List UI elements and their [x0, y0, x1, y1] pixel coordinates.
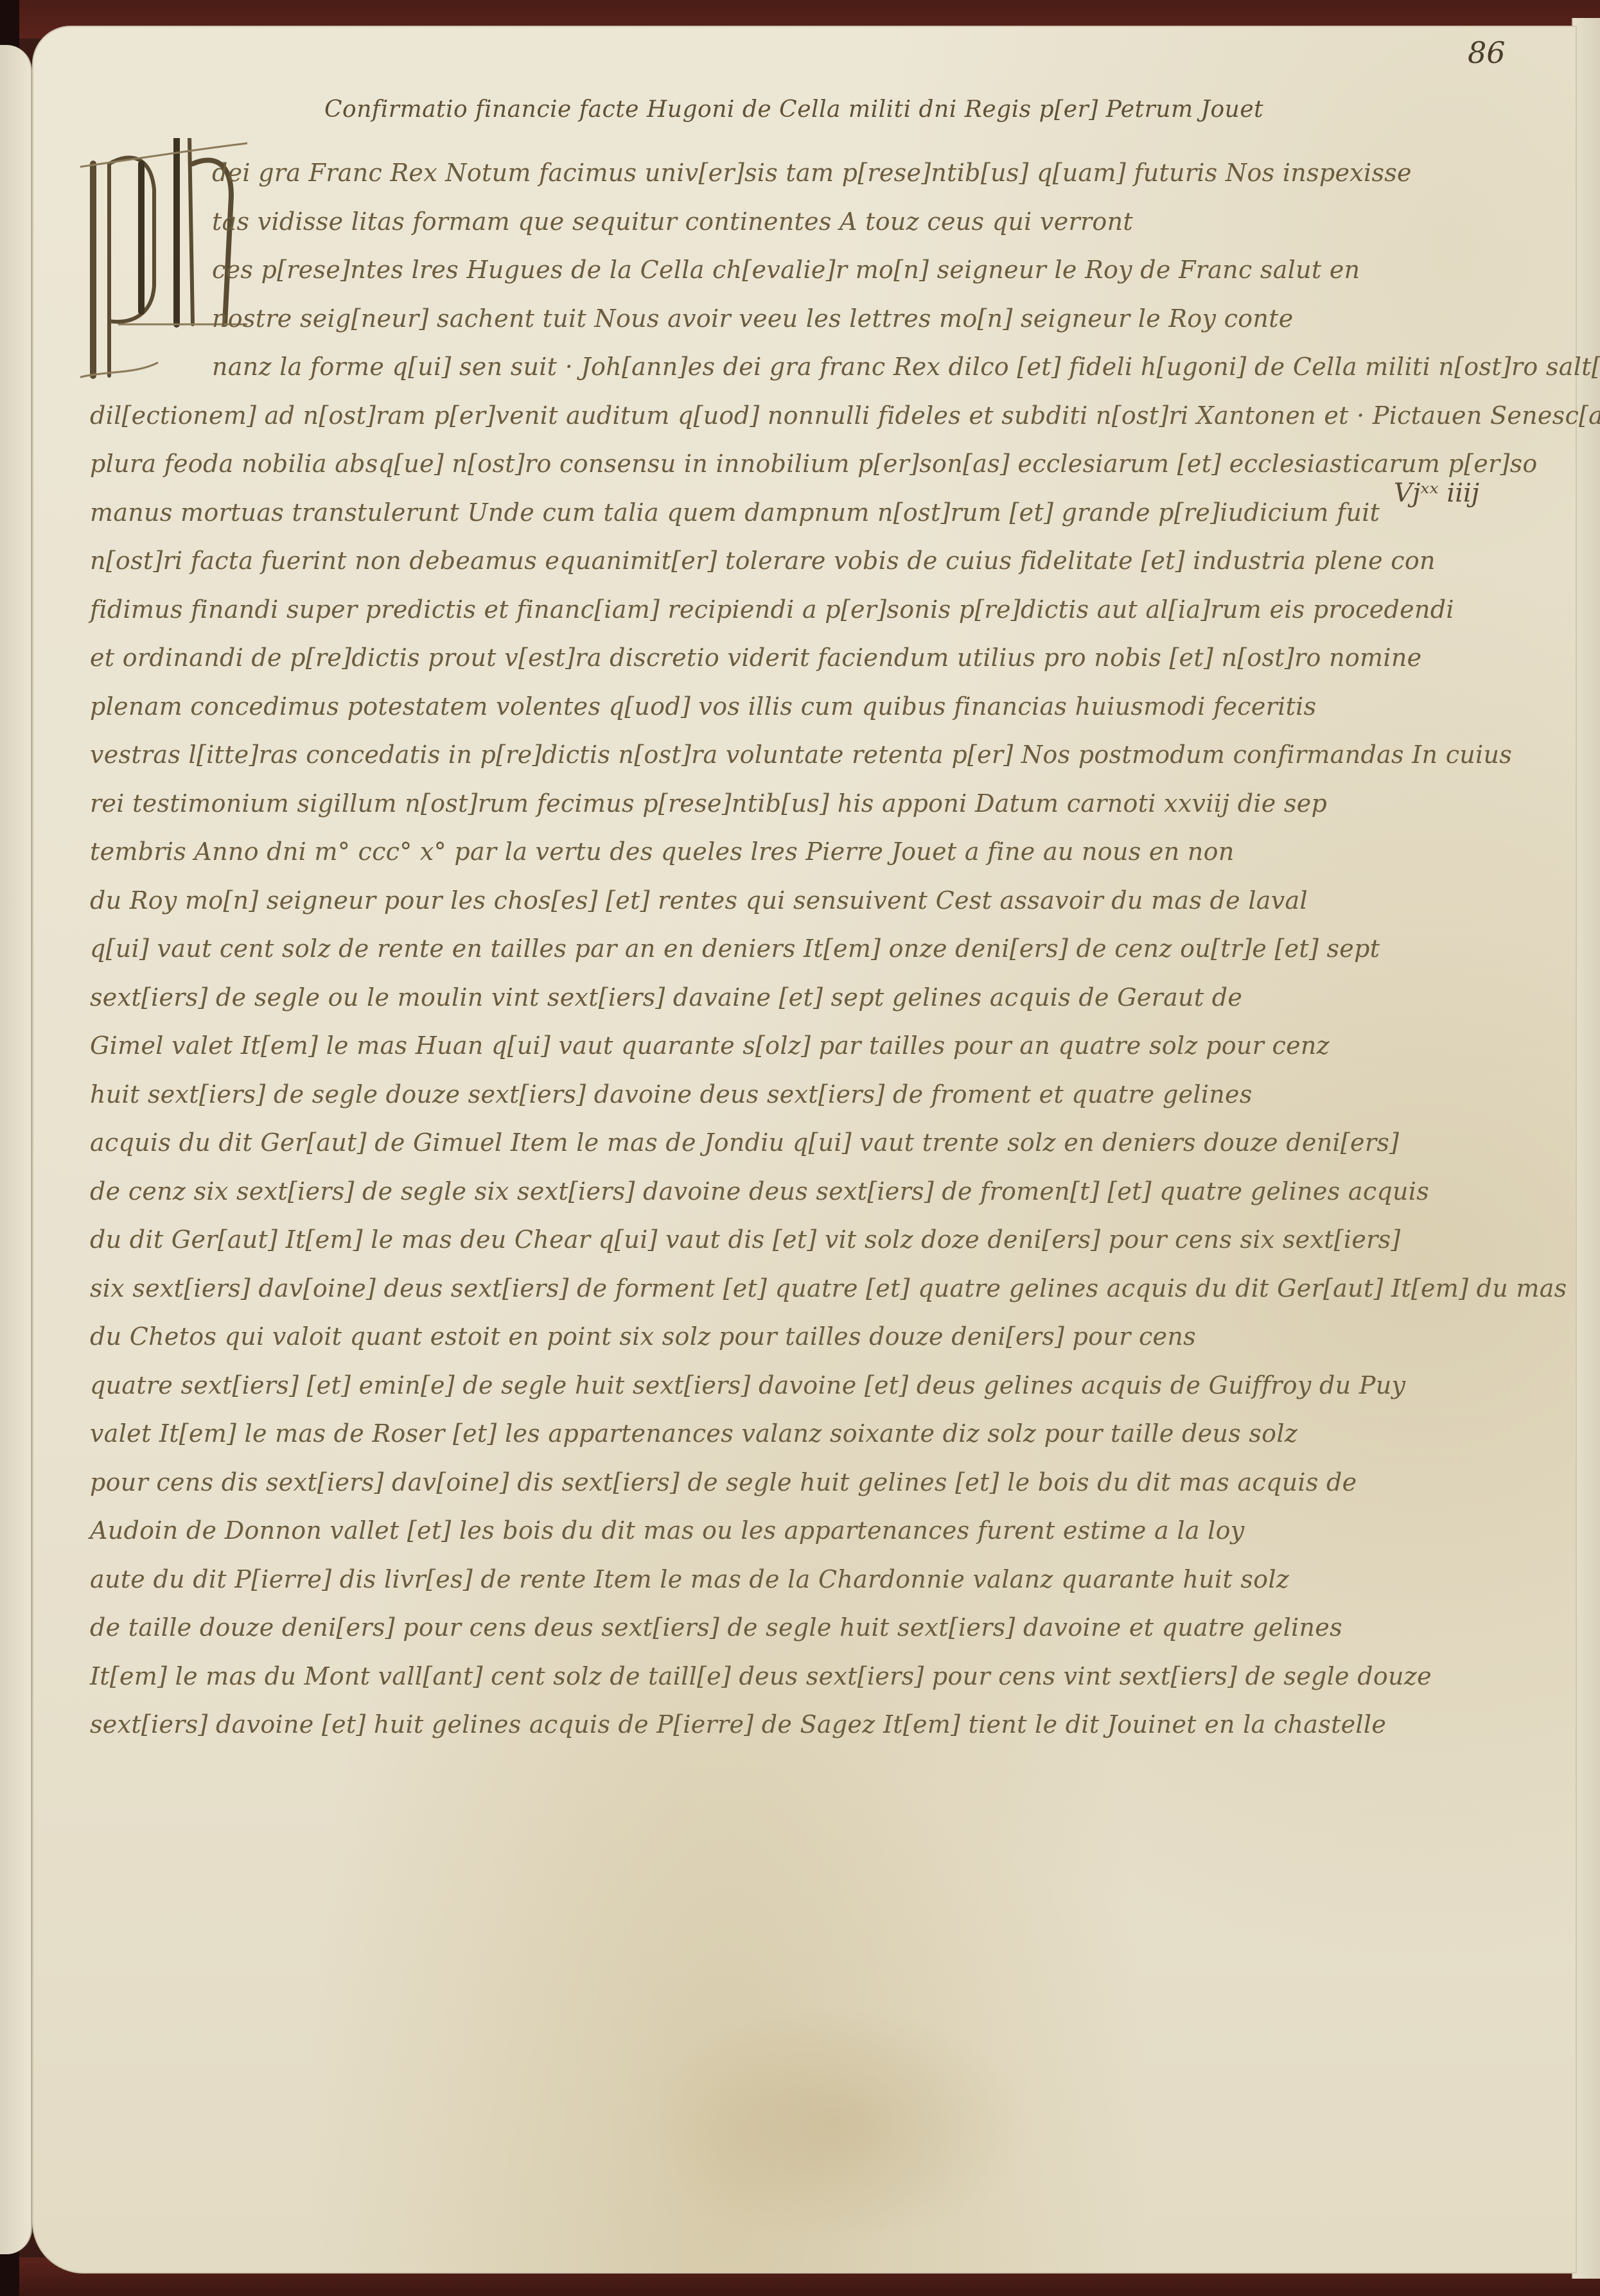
text-line: manus mortuas transtulerunt Unde cum tal…	[90, 489, 1439, 538]
text-line: huit sext[iers] de segle douze sext[iers…	[90, 1071, 1439, 1119]
text-line: du dit Ger[aut] It[em] le mas deu Chear …	[90, 1216, 1439, 1265]
text-line: ces p[rese]ntes lres Hugues de la Cella …	[90, 246, 1439, 295]
folio-number: 86	[1468, 35, 1506, 70]
text-line: sext[iers] davoine [et] huit gelines acq…	[90, 1701, 1439, 1749]
text-line: n[ost]ri facta fuerint non debeamus equa…	[90, 537, 1439, 586]
parchment-stain	[642, 2004, 1028, 2248]
text-line: plenam concedimus potestatem volentes q[…	[90, 683, 1439, 732]
text-line: It[em] le mas du Mont vall[ant] cent sol…	[90, 1652, 1439, 1701]
text-line: acquis du dit Ger[aut] de Gimuel Item le…	[90, 1119, 1439, 1168]
text-line: pour cens dis sext[iers] dav[oine] dis s…	[90, 1459, 1439, 1507]
text-line: plura feoda nobilia absq[ue] n[ost]ro co…	[90, 440, 1439, 489]
text-line: du Roy mo[n] seigneur pour les chos[es] …	[90, 877, 1439, 925]
text-line: sext[iers] de segle ou le moulin vint se…	[90, 974, 1439, 1022]
text-line: dil[ectionem] ad n[ost]ram p[er]venit au…	[90, 392, 1439, 441]
text-line: nostre seig[neur] sachent tuit Nous avoi…	[90, 295, 1439, 344]
text-line: vestras l[itte]ras concedatis in p[re]di…	[90, 731, 1439, 780]
text-line: rei testimonium sigillum n[ost]rum fecim…	[90, 780, 1439, 828]
text-line: nanz la forme q[ui] sen suit · Joh[ann]e…	[90, 343, 1439, 392]
text-line: dei gra Franc Rex Notum facimus univ[er]…	[90, 149, 1439, 198]
text-line: du Chetos qui valoit quant estoit en poi…	[90, 1313, 1439, 1362]
text-line: Audoin de Donnon vallet [et] les bois du…	[90, 1507, 1439, 1555]
text-line: q[ui] vaut cent solz de rente en tailles…	[90, 925, 1439, 974]
text-line: Gimel valet It[em] le mas Huan q[ui] vau…	[90, 1022, 1439, 1071]
previous-leaf-edge	[0, 45, 32, 2254]
text-line: valet It[em] le mas de Roser [et] les ap…	[90, 1410, 1439, 1459]
text-line: quatre sext[iers] [et] emin[e] de segle …	[90, 1362, 1439, 1410]
text-line: tas vidisse litas formam que sequitur co…	[90, 198, 1439, 247]
text-line: fidimus finandi super predictis et finan…	[90, 586, 1439, 635]
manuscript-text-block: dei gra Franc Rex Notum facimus univ[er]…	[90, 149, 1439, 1749]
text-line: tembris Anno dni m° ccc° x° par la vertu…	[90, 828, 1439, 877]
text-line: de taille douze deni[ers] pour cens deus…	[90, 1604, 1439, 1652]
text-line: de cenz six sext[iers] de segle six sext…	[90, 1168, 1439, 1216]
text-line: aute du dit P[ierre] dis livr[es] de ren…	[90, 1555, 1439, 1604]
text-line: six sext[iers] dav[oine] deus sext[iers]…	[90, 1265, 1439, 1313]
rubric-heading: Confirmatio financie facte Hugoni de Cel…	[324, 96, 1263, 123]
text-line: et ordinandi de p[re]dictis prout v[est]…	[90, 634, 1439, 683]
